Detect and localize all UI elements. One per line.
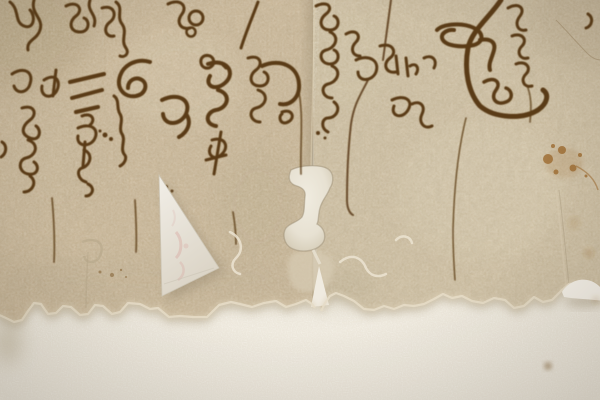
manuscript-photo — [0, 0, 600, 400]
manuscript-photo-canvas — [0, 0, 600, 400]
photo-vignette — [0, 0, 600, 400]
